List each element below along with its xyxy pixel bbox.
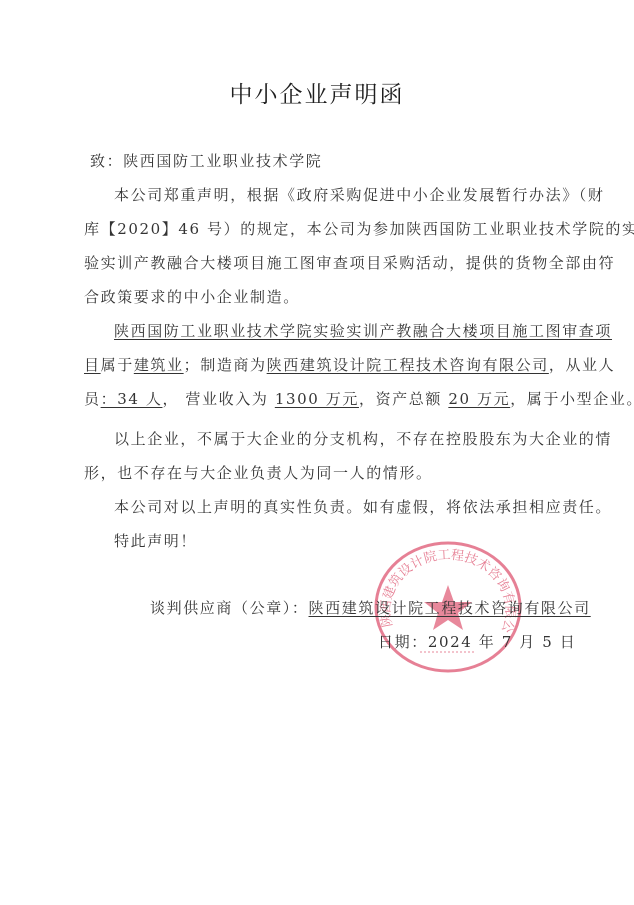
- manufacturer-prefix: ；制造商为: [184, 356, 267, 374]
- project-name-line1: 陕西国防工业职业技术学院实验实训产教融合大楼项目施工图审查项: [114, 320, 612, 341]
- signature-label: 谈判供应商（公章）：: [150, 599, 309, 617]
- classification: ，属于小型企业。: [510, 390, 634, 408]
- date-line: 日期：2024 年 7 月 5 日: [378, 631, 576, 652]
- industry-value: 建筑业: [134, 356, 184, 374]
- revenue-value: 1300 万元: [275, 390, 359, 408]
- employees-prefix2: 员: [84, 390, 101, 408]
- revenue-prefix: ， 营业收入为: [162, 390, 274, 408]
- para3-line2: 形，也不存在与大企业负责人为同一人的情形。: [84, 462, 433, 483]
- recipient: 陕西国防工业职业技术学院: [123, 152, 322, 170]
- para4: 本公司对以上声明的真实性负责。如有虚假，将依法承担相应责任。: [114, 496, 612, 517]
- para1-line2: 库【2020】46 号）的规定，本公司为参加陕西国防工业职业技术学院的实: [84, 218, 634, 239]
- para3-line1: 以上企业，不属于大企业的分支机构，不存在控股股东为大企业的情: [114, 428, 612, 449]
- date-value: 2024 年 7 月 5 日: [428, 633, 577, 651]
- para1-line3: 验实训产教融合大楼项目施工图审查项目采购活动，提供的货物全部由符: [84, 252, 615, 273]
- recipient-prefix: 致：: [90, 152, 123, 170]
- para2-line3: 员：34 人， 营业收入为 1300 万元，资产总额 20 万元，属于小型企业。: [84, 388, 634, 409]
- para1-line1: 本公司郑重声明，根据《政府采购促进中小企业发展暂行办法》（财: [114, 184, 605, 205]
- para2-line2: 目属于建筑业；制造商为陕西建筑设计院工程技术咨询有限公司，从业人: [84, 354, 615, 375]
- belongs-to-text: 属于: [101, 356, 134, 374]
- employees-value: ：34 人: [101, 390, 163, 408]
- project-name-tail: 目: [84, 356, 101, 374]
- document-title: 中小企业声明函: [0, 76, 634, 109]
- recipient-line: 致：陕西国防工业职业技术学院: [90, 150, 322, 171]
- manufacturer-value: 陕西建筑设计院工程技术咨询有限公司: [267, 356, 549, 374]
- employees-prefix: ，从业人: [549, 356, 615, 374]
- signature-line: 谈判供应商（公章）：陕西建筑设计院工程技术咨询有限公司: [150, 597, 591, 618]
- para1-line4: 合政策要求的中小企业制造。: [84, 286, 300, 307]
- signature-company: 陕西建筑设计院工程技术咨询有限公司: [309, 599, 591, 617]
- date-label: 日期：: [378, 633, 428, 651]
- para5: 特此声明！: [114, 530, 197, 551]
- assets-value: 20 万元: [448, 390, 510, 408]
- assets-prefix: ，资产总额: [359, 390, 448, 408]
